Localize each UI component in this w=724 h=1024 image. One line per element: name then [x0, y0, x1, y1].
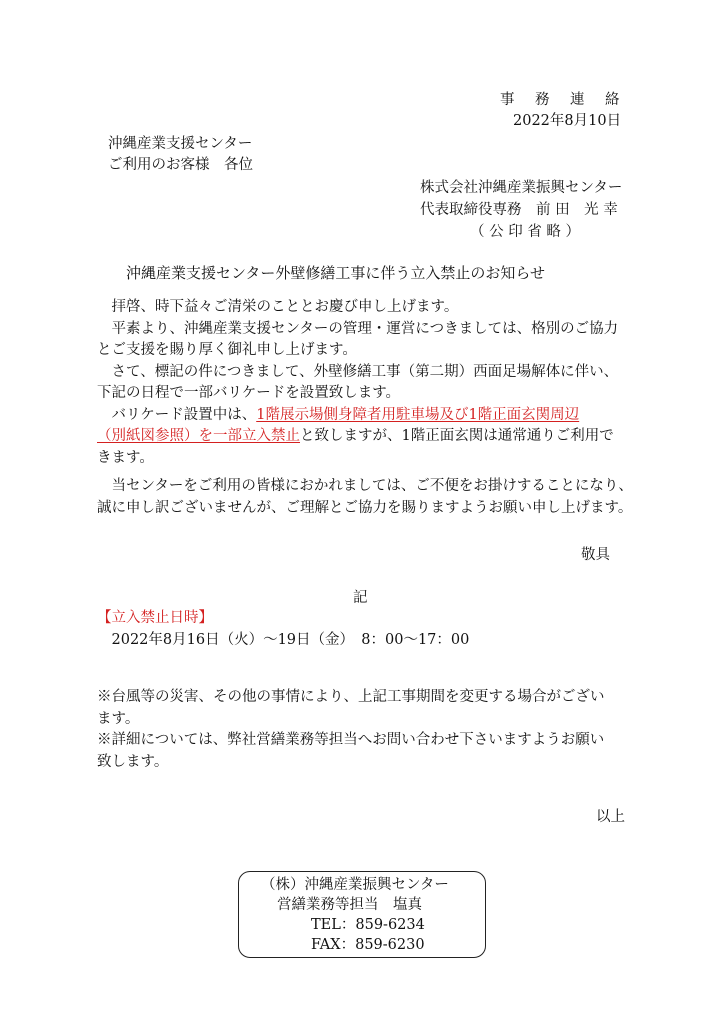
apology-line-2: 誠に申し訳ございませんが、ご理解とご協力を賜りますようお願い申し上げます。 — [97, 498, 637, 520]
greeting-paragraph: 拝啓、時下益々ご清栄のこととお慶び申し上げます。 — [97, 297, 637, 319]
body-text: 拝啓、時下益々ご清栄のこととお慶び申し上げます。 平素より、沖縄産業支援センター… — [97, 297, 637, 519]
restriction-line-3: きます。 — [97, 448, 637, 470]
closing-ijou: 以上 — [596, 807, 625, 828]
closing-keigu: 敬具 — [581, 545, 610, 566]
restriction-line-2: （別紙図参照）を一部立入禁止と致しますが、1階正面玄関は通常通りご利用で — [97, 426, 637, 448]
apology-line-1: 当センターをご利用の皆様におかれましては、ご不便をお掛けすることになり、 — [97, 476, 637, 498]
sender-company: 株式会社沖縄産業振興センター — [420, 178, 622, 199]
restriction-line-1: バリケード設置中は、1階展示場側身障者用駐車場及び1階正面玄関周辺 — [97, 405, 637, 427]
notes: ※台風等の災害、その他の事情により、上記工事期間を変更する場合がござい ます。 … — [97, 687, 637, 773]
doc-date: 2022年8月10日 — [513, 111, 621, 132]
doc-type-label: 事 務 連 絡 — [500, 90, 623, 111]
contact-company: （株）沖縄産業振興センター — [261, 875, 449, 895]
note-1-line-2: ます。 — [97, 709, 637, 731]
restricted-area-highlight: 1階展示場側身障者用駐車場及び1階正面玄関周辺 — [256, 407, 579, 423]
note-2-line-1: ※詳細については、弊社営繕業務等担当へお問い合わせ下さいますようお願い — [97, 730, 637, 752]
restriction-prefix: バリケード設置中は、 — [97, 407, 256, 423]
note-1-line-1: ※台風等の災害、その他の事情により、上記工事期間を変更する場合がござい — [97, 687, 637, 709]
purpose-line-1: さて、標記の件につきまして、外壁修繕工事（第二期）西面足場解体に伴い、 — [97, 362, 637, 384]
restriction-datetime: 2022年8月16日（火）～19日（金） 8：00～17：00 — [97, 630, 469, 651]
purpose-line-2: 下記の日程で一部バリケードを設置致します。 — [97, 383, 637, 405]
contact-box: （株）沖縄産業振興センター 営繕業務等担当 塩真 TEL：859-6234 FA… — [238, 871, 486, 958]
document-title: 沖縄産業支援センター外壁修繕工事に伴う立入禁止のお知らせ — [126, 263, 545, 284]
contact-department: 営繕業務等担当 塩真 — [277, 895, 422, 915]
addressee-line-2: ご利用のお客様 各位 — [108, 155, 253, 176]
contact-tel: TEL：859-6234 — [311, 915, 425, 935]
seal-omitted-note: （ 公 印 省 略 ） — [470, 222, 580, 243]
sender-title-name: 代表取締役専務 前 田 光 幸 — [420, 200, 618, 221]
gratitude-line-1: 平素より、沖縄産業支援センターの管理・運営につきましては、格別のご協力 — [97, 319, 637, 341]
note-2-line-2: 致します。 — [97, 752, 637, 774]
ki-heading: 記 — [353, 588, 368, 609]
restricted-area-highlight-cont: （別紙図参照）を一部立入禁止 — [97, 428, 300, 444]
gratitude-line-2: とご支援を賜り厚く御礼申し上げます。 — [97, 340, 637, 362]
addressee-line-1: 沖縄産業支援センター — [108, 134, 252, 155]
restriction-datetime-label: 【立入禁止日時】 — [97, 608, 213, 629]
contact-fax: FAX：859-6230 — [311, 935, 425, 955]
restriction-suffix: と致しますが、1階正面玄関は通常通りご利用で — [300, 428, 614, 444]
